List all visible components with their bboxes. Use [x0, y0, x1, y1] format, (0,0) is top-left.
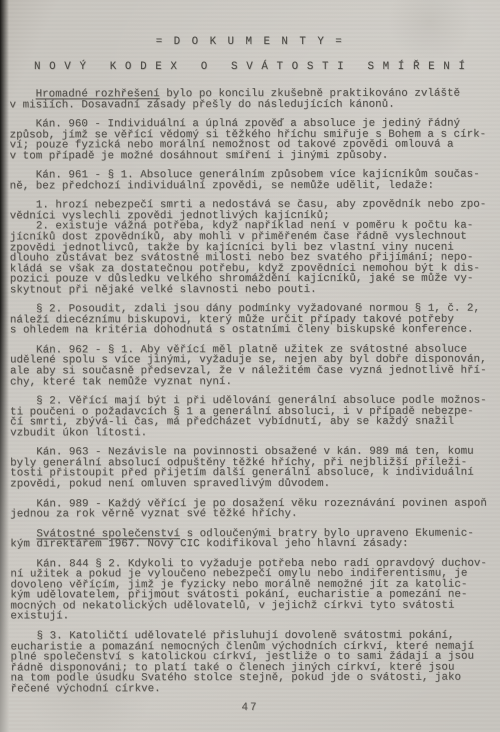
text-line: s ohledem na kritéria dohodnutá s ostatn… [10, 325, 490, 336]
text-line: vzbudit úkon lítosti. [10, 427, 490, 438]
text-line: ně, bez předchozí individuální zpovědi, … [10, 180, 490, 191]
paragraph-kan-962-par2: § 2. Věřící mají být i při udělování gen… [10, 396, 490, 439]
paragraph-intro: Hromadné rozhřešení bylo po koncilu zkuš… [9, 89, 489, 111]
text-line: skytnout při nějaké velké slavnosti nebo… [10, 284, 490, 295]
paragraph-kan-961-items: 1. hrozí nebezpečí smrti a nedostává se … [10, 200, 490, 296]
text-line: řečené východní církve. [11, 683, 491, 694]
paragraph-lines: v misiích. Dosavadní zásady přešly do ná… [10, 99, 490, 110]
text-line: jednou za rok věrně vyznat své těžké hří… [10, 509, 490, 520]
page-number: 47 [0, 702, 500, 714]
paragraph-kan-844-par2: Kán. 844 § 2. Kdykoli to vyžaduje potřeb… [10, 558, 490, 622]
document-title: = D O K U M E N T Y = [0, 0, 500, 48]
text-line: chy, které tak nemůže vyznat nyní. [10, 376, 490, 387]
document-body: Hromadné rozhřešení bylo po koncilu zkuš… [0, 73, 500, 695]
text-line: existují. [10, 611, 490, 622]
paragraph-kan-844-par3: § 3. Katoličtí udělovatelé přisluhují do… [10, 631, 490, 695]
text-line: v tom případě je možné dosáhnout smíření… [10, 150, 490, 161]
paragraph-kan-989: Kán. 989 - Každý věřící je po dosažení v… [10, 498, 490, 520]
paragraph-kan-961-par2: § 2. Posoudit, zdali jsou dány podmínky … [10, 304, 490, 336]
text-line: zpovědi, pokud není omluven spravedlivým… [10, 479, 490, 490]
paragraph-kan-962-par1: Kán. 962 - § 1. Aby věřící měl platně už… [10, 345, 490, 388]
text-line: mocných od nekatolických udělovatelů, v … [10, 600, 490, 611]
text-line: ale aby si současně předsevzal, že v nál… [10, 366, 490, 377]
paragraph-kan-961-par1: Kán. 961 - § 1. Absoluce generálním způs… [10, 170, 490, 192]
paragraph-kan-963: Kán. 963 - Nezávisle na povinnosti obsaž… [10, 447, 490, 490]
document-subtitle: N O V Ý K O D E X O S V Á T O S T I S M … [0, 61, 500, 73]
paragraph-ecumenical-intro: Svátostné společenství s odloučenými bra… [10, 528, 490, 550]
paragraph-kan-960: Kán. 960 - Individuální a úplná zpověď a… [10, 119, 490, 162]
paragraph-lines: kým direktářem 1967. Nový CIC kodifikova… [10, 539, 490, 550]
scanned-document-page: = D O K U M E N T Y = N O V Ý K O D E X … [0, 0, 500, 732]
binding-shadow [0, 0, 9, 732]
text-line: kým direktářem 1967. Nový CIC kodifikova… [10, 539, 490, 550]
text-line: v misiích. Dosavadní zásady přešly do ná… [10, 99, 490, 110]
